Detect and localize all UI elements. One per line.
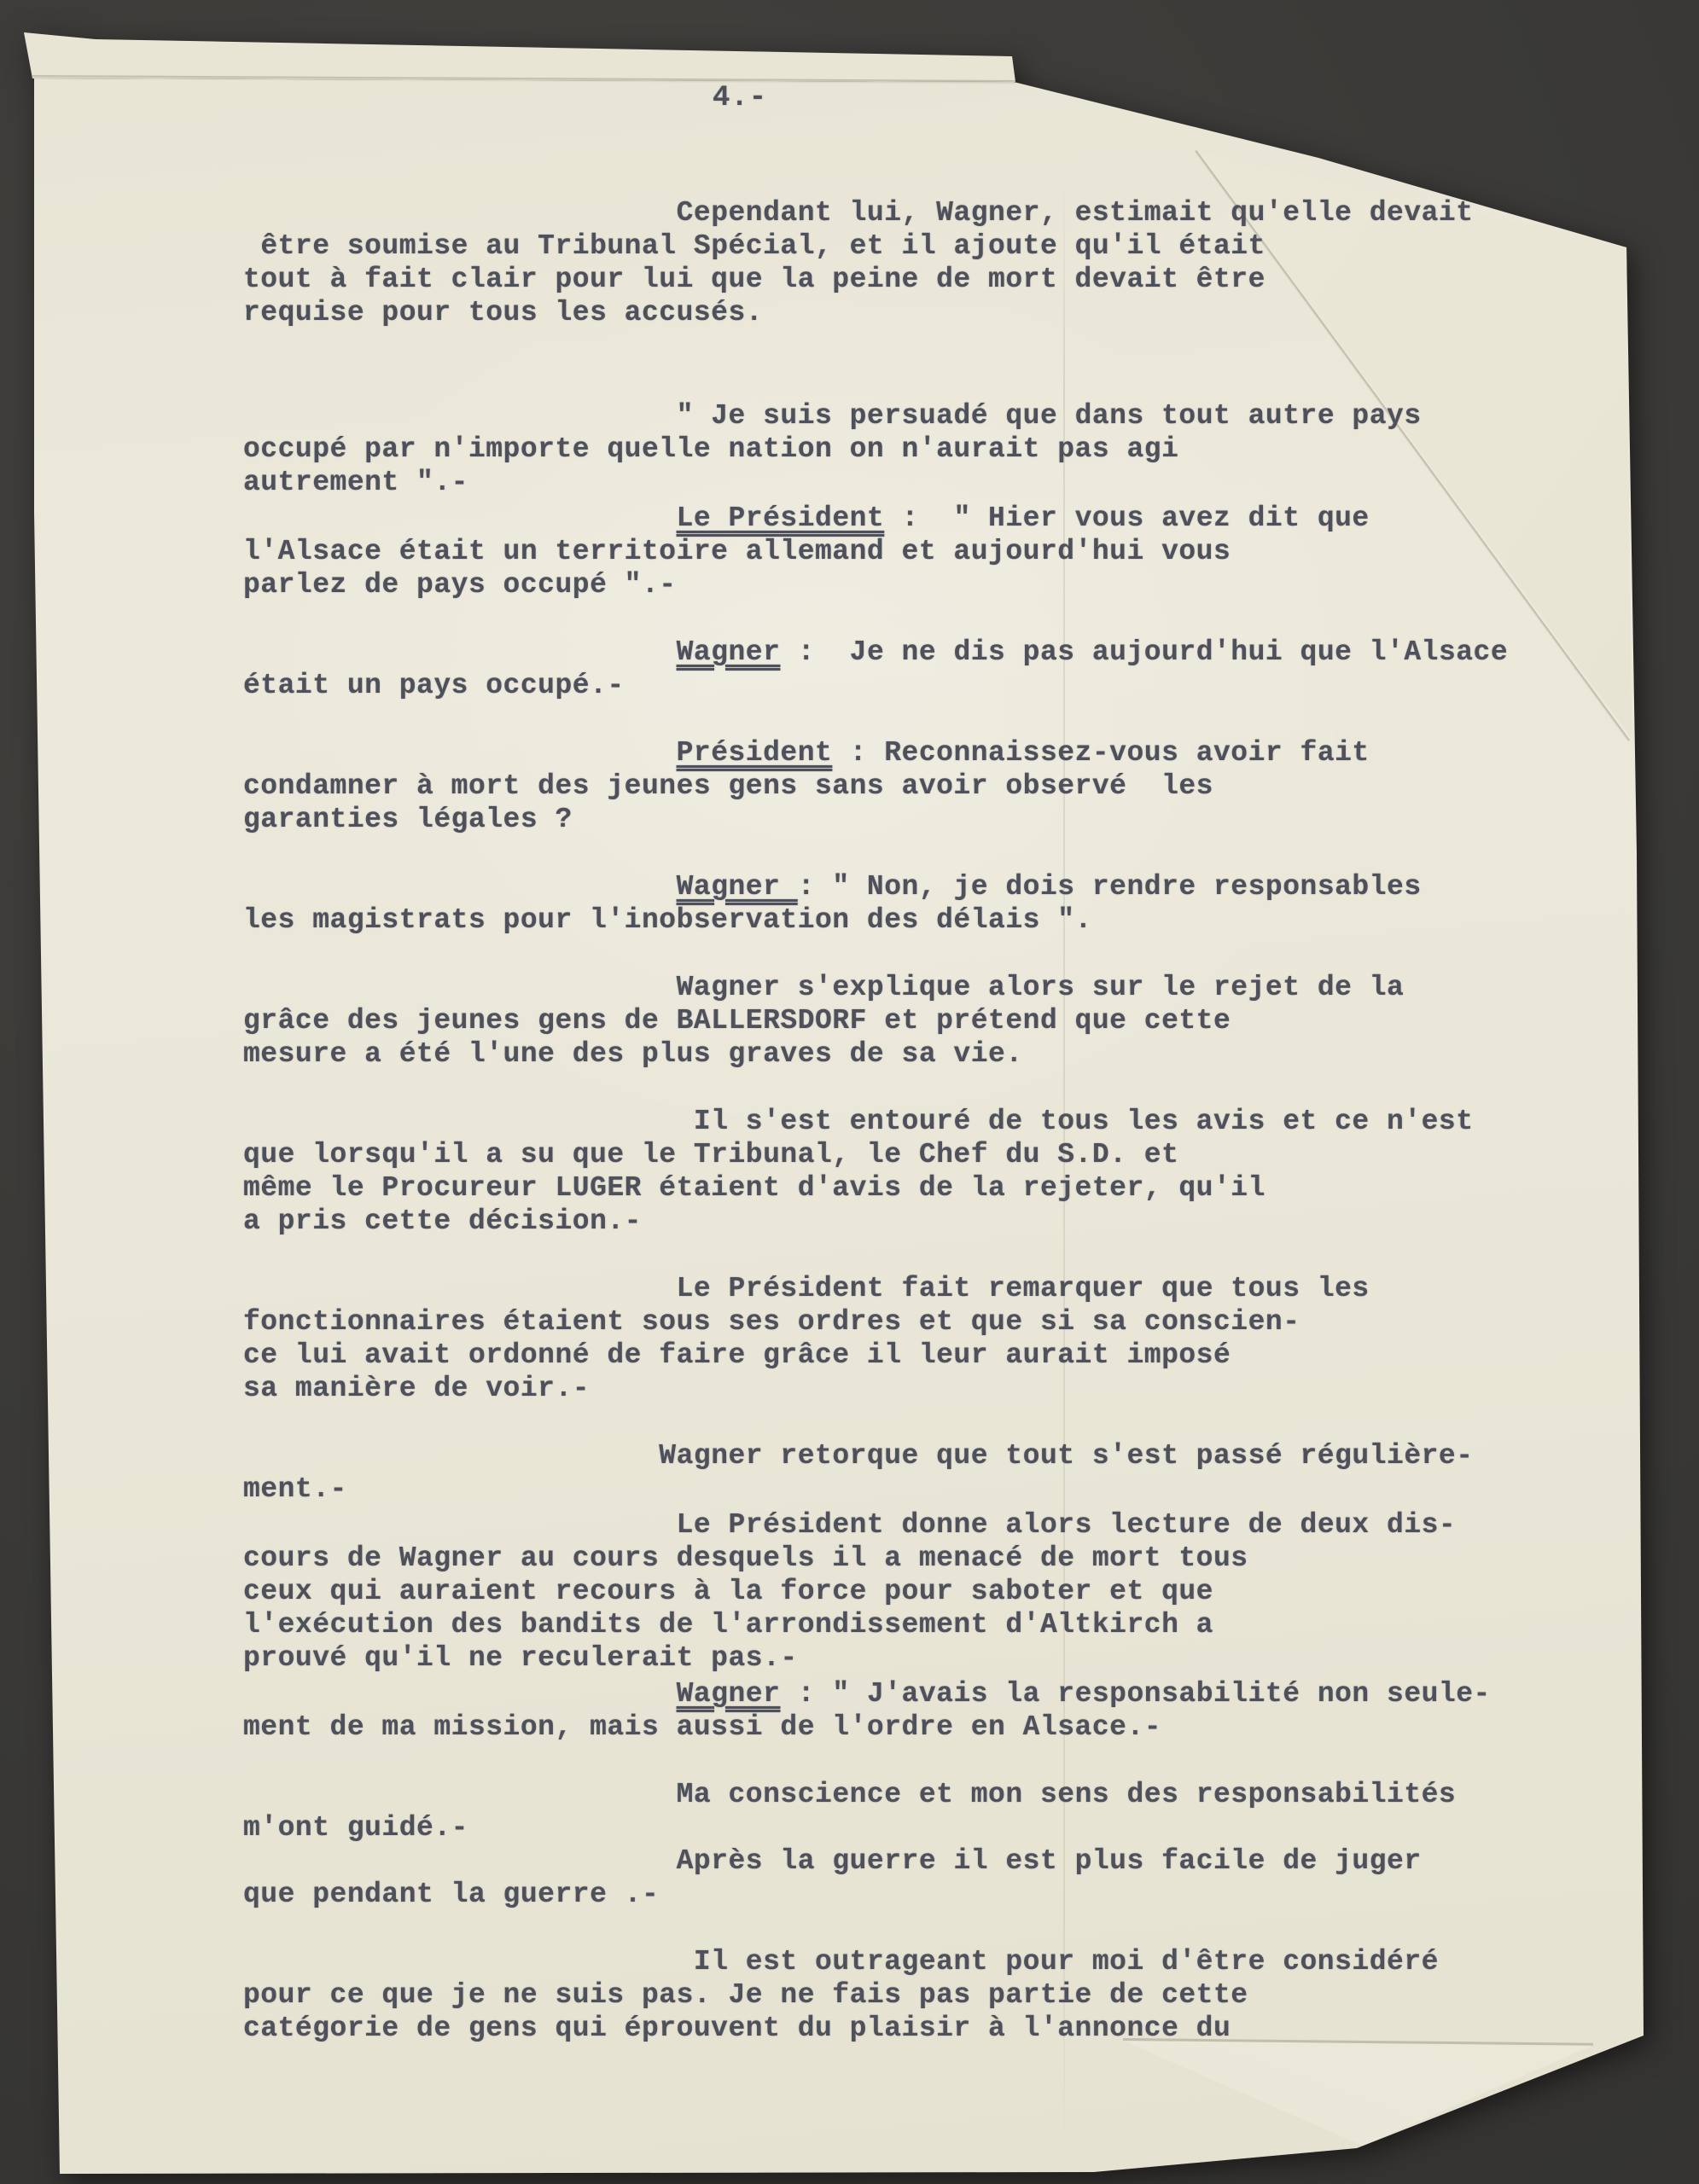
- paragraph: " Je suis persuadé que dans tout autre p…: [243, 399, 1660, 499]
- paragraph-indent: [243, 972, 677, 1003]
- paragraph-indent: [243, 1440, 659, 1472]
- paragraph: Wagner : " J'avais la responsabilité non…: [243, 1677, 1660, 1744]
- paragraph: Ma conscience et mon sens des responsabi…: [243, 1778, 1660, 1844]
- speaker-name: Wagner: [677, 636, 781, 668]
- paragraph: Le Président fait remarquer que tous les…: [243, 1272, 1660, 1405]
- paragraph: Après la guerre il est plus facile de ju…: [243, 1844, 1660, 1911]
- speaker-name: Le Président: [677, 502, 885, 534]
- paragraph-indent: [243, 197, 677, 229]
- paragraph: Wagner s'explique alors sur le rejet de …: [243, 971, 1660, 1071]
- paragraph: Le Président donne alors lecture de deux…: [243, 1508, 1660, 1675]
- paragraph-indent: [243, 871, 677, 903]
- speaker-name: Wagner: [677, 871, 798, 903]
- paragraph: Wagner retorque que tout s'est passé rég…: [243, 1439, 1660, 1506]
- speaker-name: Wagner: [677, 1678, 781, 1710]
- paragraph: Il est outrageant pour moi d'être consid…: [243, 1945, 1660, 2045]
- paragraph: Wagner : " Non, je dois rendre responsab…: [243, 870, 1660, 937]
- paragraph: Président : Reconnaissez-vous avoir fait…: [243, 736, 1660, 836]
- paragraph-indent: [243, 1106, 694, 1137]
- paragraph-indent: [243, 1845, 677, 1877]
- scanned-page-background: 4.- Cependant lui, Wagner, estimait qu'e…: [0, 0, 1699, 2184]
- paragraph-indent: [243, 1678, 677, 1710]
- paragraph-indent: [243, 1509, 677, 1541]
- paragraph-indent: [243, 737, 677, 769]
- paragraph-indent: [243, 400, 677, 432]
- paragraph-indent: [243, 1946, 694, 1978]
- paragraph-indent: [243, 636, 677, 668]
- paragraph: Wagner : Je ne dis pas aujourd'hui que l…: [243, 636, 1660, 702]
- paragraph-indent: [243, 1273, 677, 1304]
- paragraph: Cependant lui, Wagner, estimait qu'elle …: [243, 196, 1660, 329]
- paragraph-indent: [243, 502, 677, 534]
- paragraph: Le Président : " Hier vous avez dit que …: [243, 502, 1660, 601]
- paragraph-indent: [243, 1779, 677, 1810]
- paragraph: Il s'est entouré de tous les avis et ce …: [243, 1105, 1660, 1238]
- speaker-name: Président: [677, 737, 833, 769]
- page-number: 4.-: [713, 82, 767, 114]
- document-text: Cependant lui, Wagner, estimait qu'elle …: [243, 196, 1660, 2045]
